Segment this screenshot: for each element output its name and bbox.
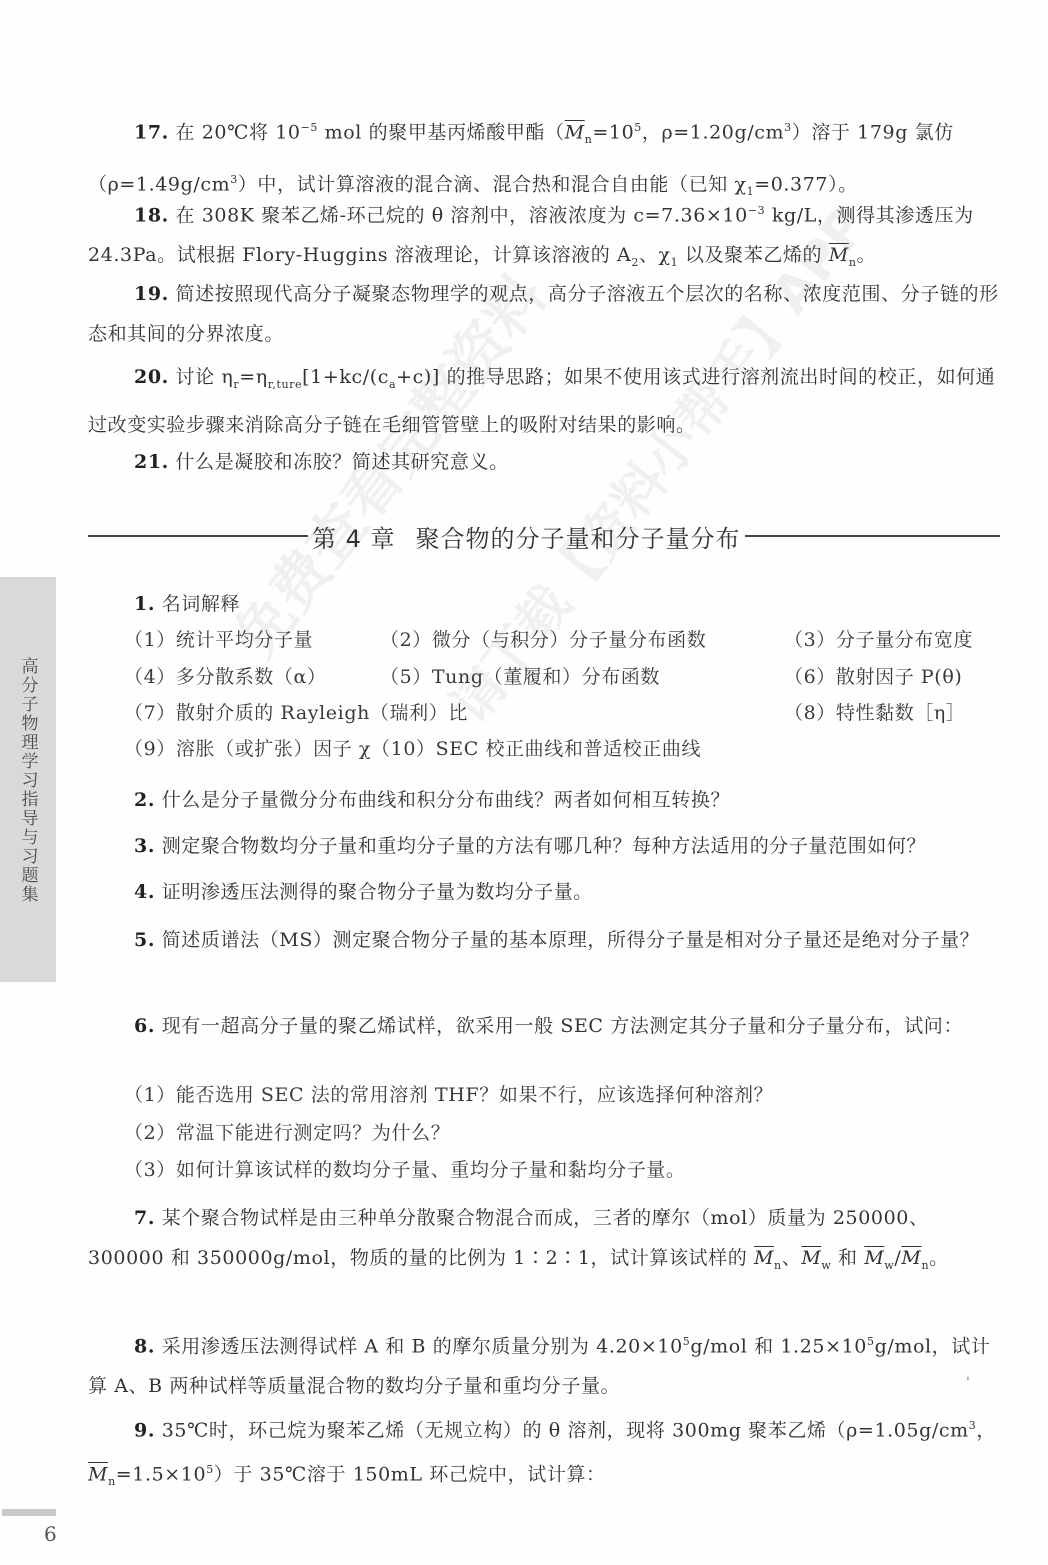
text: ）于 35℃溶于 150mL 环己烷中，试计算： bbox=[214, 1464, 606, 1486]
subscript: w bbox=[884, 1259, 894, 1272]
question-4: 4. 证明渗透压法测得的聚合物分子量为数均分子量。 bbox=[88, 872, 1000, 912]
text: 简述质谱法（MS）测定聚合物分子量的基本原理，所得分子量是相对分子量还是绝对分子… bbox=[162, 929, 980, 951]
text: 什么是分子量微分分布曲线和积分分布曲线？两者如何相互转换？ bbox=[162, 789, 730, 811]
text: =1.5×10 bbox=[116, 1464, 206, 1486]
heading-rule-right bbox=[745, 535, 1000, 537]
page-number: 6 bbox=[44, 1522, 57, 1546]
q6-sub-3: （3）如何计算该试样的数均分子量、重均分子量和黏均分子量。 bbox=[124, 1152, 686, 1189]
book-title-vertical: 高分子物理学习指导与习题集 bbox=[16, 657, 41, 982]
question-number: 8. bbox=[134, 1335, 155, 1357]
term-9-10: （9）溶胀（或扩张）因子 χ（10）SEC 校正曲线和普适校正曲线 bbox=[124, 731, 701, 768]
math-symbol: M bbox=[88, 1464, 108, 1486]
text: 、 bbox=[782, 1247, 802, 1269]
superscript: 3 bbox=[784, 121, 792, 134]
superscript: −3 bbox=[748, 204, 765, 217]
question-3: 3. 测定聚合物数均分子量和重均分子量的方法有哪几种？每种方法适用的分子量范围如… bbox=[88, 826, 1000, 866]
text: 在 308K 聚苯乙烯-环己烷的 θ 溶剂中，溶液浓度为 c=7.36×10 bbox=[176, 204, 748, 226]
text: 在 20℃将 10 bbox=[176, 121, 301, 143]
superscript: 5 bbox=[867, 1335, 875, 1348]
subscript: r,ture bbox=[268, 378, 302, 391]
question-number: 5. bbox=[134, 929, 155, 951]
question-number: 7. bbox=[134, 1207, 155, 1229]
question-19: 19. 简述按照现代高分子凝聚态物理学的观点，高分子溶液五个层次的名称、浓度范围… bbox=[88, 274, 1000, 354]
question-number: 20. bbox=[134, 366, 169, 388]
question-21: 21. 什么是凝胶和冻胶？简述其研究意义。 bbox=[88, 442, 1000, 482]
math-symbol: M bbox=[801, 1247, 821, 1269]
q6-sub-2: （2）常温下能进行测定吗？为什么？ bbox=[124, 1115, 450, 1152]
question-6: 6. 现有一超高分子量的聚乙烯试样，欲采用一般 SEC 方法测定其分子量和分子量… bbox=[88, 1006, 1000, 1046]
question-2: 2. 什么是分子量微分分布曲线和积分分布曲线？两者如何相互转换？ bbox=[88, 780, 1000, 820]
text: ，ρ=1.20g/cm bbox=[642, 121, 784, 143]
question-number: 4. bbox=[134, 881, 155, 903]
subscript: w bbox=[821, 1259, 831, 1272]
term-8: （8）特性黏数［η］ bbox=[784, 695, 965, 732]
text: 简述按照现代高分子凝聚态物理学的观点，高分子溶液五个层次的名称、浓度范围、分子链… bbox=[88, 283, 999, 345]
stray-mark: ' bbox=[966, 1375, 970, 1391]
text: 、χ bbox=[639, 244, 671, 266]
chapter-name: 聚合物的分子量和分子量分布 bbox=[416, 525, 741, 553]
term-4: （4）多分散系数（α） bbox=[124, 659, 327, 696]
text: 采用渗透压法测得试样 A 和 B 的摩尔质量分别为 4.20×10 bbox=[162, 1335, 683, 1357]
subscript: n bbox=[849, 256, 857, 269]
text: mol 的聚甲基丙烯酸甲酯（ bbox=[318, 121, 565, 143]
question-20: 20. 讨论 ηr=ηr,ture[1+kc/(ca+c)] 的推导思路；如果不… bbox=[88, 357, 1000, 445]
text: 现有一超高分子量的聚乙烯试样，欲采用一般 SEC 方法测定其分子量和分子量分布，… bbox=[162, 1015, 963, 1037]
text: 35℃时，环己烷为聚苯乙烯（无规立构）的 θ 溶剂，现将 300mg 聚苯乙烯（… bbox=[162, 1419, 969, 1441]
math-symbol: M bbox=[864, 1247, 884, 1269]
chapter-heading: 第 4 章聚合物的分子量和分子量分布 bbox=[88, 516, 1000, 556]
subscript: n bbox=[774, 1259, 782, 1272]
superscript: 5 bbox=[206, 1463, 214, 1476]
text: =10 bbox=[592, 121, 634, 143]
text: 以及聚苯乙烯的 bbox=[678, 244, 828, 266]
question-number: 18. bbox=[134, 204, 169, 226]
question-number: 21. bbox=[134, 451, 169, 473]
question-9: 9. 35℃时，环己烷为聚苯乙烯（无规立构）的 θ 溶剂，现将 300mg 聚苯… bbox=[88, 1406, 1000, 1502]
superscript: 3 bbox=[230, 173, 238, 186]
text: 。 bbox=[929, 1247, 949, 1269]
chapter-title: 第 4 章聚合物的分子量和分子量分布 bbox=[308, 519, 745, 554]
subscript: 2 bbox=[631, 256, 639, 269]
question-number: 1. bbox=[134, 593, 155, 615]
text: 名词解释 bbox=[162, 593, 240, 615]
term-7: （7）散射介质的 Rayleigh（瑞利）比 bbox=[124, 695, 468, 732]
term-5: （5）Tung（董履和）分布函数 bbox=[380, 659, 660, 696]
book-page: 免费查看完整资料 请下载【资料小帮手】APP 17. 在 20℃将 10−5 m… bbox=[0, 0, 1048, 1565]
question-5: 5. 简述质谱法（MS）测定聚合物分子量的基本原理，所得分子量是相对分子量还是绝… bbox=[88, 920, 1000, 960]
text: 和 bbox=[831, 1247, 864, 1269]
subscript: n bbox=[921, 1259, 929, 1272]
question-8: 8. 采用渗透压法测得试样 A 和 B 的摩尔质量分别为 4.20×105g/m… bbox=[88, 1322, 1000, 1406]
question-number: 6. bbox=[134, 1015, 155, 1037]
text: 什么是凝胶和冻胶？简述其研究意义。 bbox=[176, 451, 509, 473]
question-number: 3. bbox=[134, 835, 155, 857]
chapter-number: 第 4 章 bbox=[312, 525, 396, 553]
text: 。 bbox=[857, 244, 877, 266]
question-7: 7. 某个聚合物试样是由三种单分散聚合物混合而成，三者的摩尔（mol）质量为 2… bbox=[88, 1198, 1000, 1286]
text: g/mol 和 1.25×10 bbox=[690, 1335, 867, 1357]
math-symbol: M bbox=[565, 121, 585, 143]
question-number: 9. bbox=[134, 1419, 155, 1441]
term-6: （6）散射因子 P(θ) bbox=[784, 659, 962, 696]
question-18: 18. 在 308K 聚苯乙烯-环己烷的 θ 溶剂中，溶液浓度为 c=7.36×… bbox=[88, 191, 1000, 283]
text: 证明渗透压法测得的聚合物分子量为数均分子量。 bbox=[162, 881, 593, 903]
math-symbol: M bbox=[901, 1247, 921, 1269]
text: [1+kc/(c bbox=[302, 366, 389, 388]
math-symbol: M bbox=[829, 244, 849, 266]
page-number-bar bbox=[2, 1509, 56, 1516]
q6-sub-1: （1）能否选用 SEC 法的常用溶剂 THF？如果不行，应该选择何种溶剂？ bbox=[124, 1077, 773, 1114]
term-2: （2）微分（与积分）分子量分布函数 bbox=[380, 622, 706, 659]
question-number: 19. bbox=[134, 283, 169, 305]
text: 讨论 η bbox=[176, 366, 234, 388]
question-number: 2. bbox=[134, 789, 155, 811]
text: =η bbox=[239, 366, 268, 388]
text: 测定聚合物数均分子量和重均分子量的方法有哪几种？每种方法适用的分子量范围如何？ bbox=[162, 835, 926, 857]
superscript: 5 bbox=[634, 121, 642, 134]
term-1: （1）统计平均分子量 bbox=[124, 622, 313, 659]
side-tab: 高分子物理学习指导与习题集 bbox=[0, 577, 56, 982]
term-3: （3）分子量分布宽度 bbox=[784, 622, 973, 659]
question-number: 17. bbox=[134, 121, 169, 143]
question-1: 1. 名词解释 bbox=[88, 584, 1000, 624]
superscript: −5 bbox=[301, 121, 318, 134]
subscript: n bbox=[108, 1475, 116, 1488]
heading-rule-left bbox=[88, 535, 308, 537]
text: ， bbox=[976, 1419, 996, 1441]
math-symbol: M bbox=[754, 1247, 774, 1269]
